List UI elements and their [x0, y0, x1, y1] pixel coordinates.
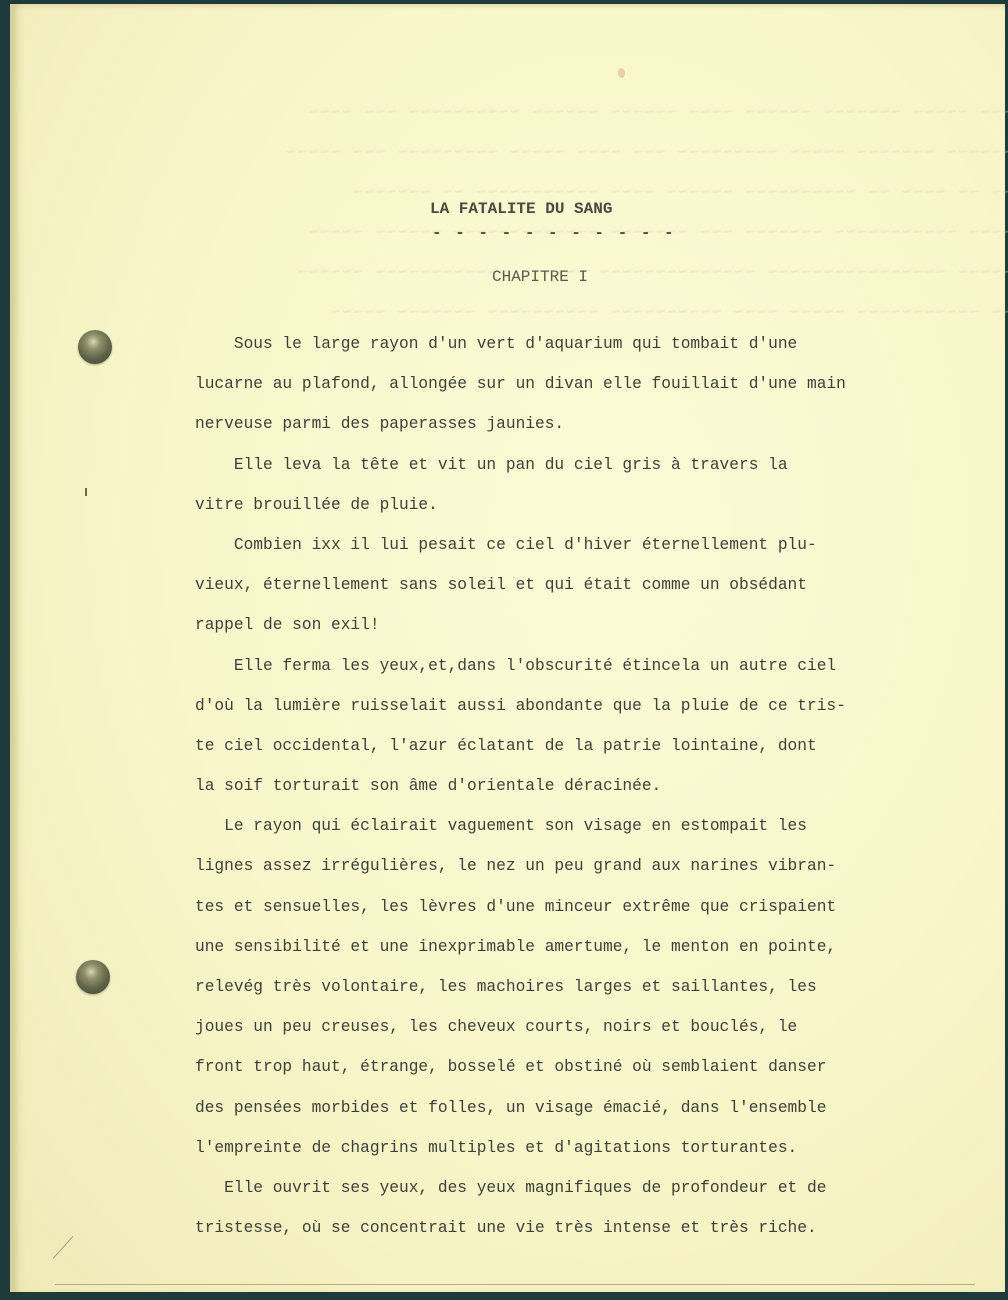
text-line: Combien ixx il lui pesait ce ciel d'hive…: [195, 525, 985, 565]
text-line: d'où la lumière ruisselait aussi abondan…: [195, 686, 985, 726]
text-line: Elle ouvrit ses yeux, des yeux magnifiqu…: [195, 1168, 985, 1208]
text-line: des pensées morbides et folles, un visag…: [195, 1088, 985, 1128]
text-line: la soif torturait son âme d'orientale dé…: [195, 766, 985, 806]
binding-rivet-bottom: [76, 960, 110, 994]
text-line: Elle ferma les yeux,et,dans l'obscurité …: [195, 646, 985, 686]
title-underline: - - - - - - - - - - -: [432, 224, 676, 242]
text-line: une sensibilité et une inexprimable amer…: [195, 927, 985, 967]
margin-mark: [85, 488, 87, 496]
text-line: Le rayon qui éclairait vaguement son vis…: [195, 806, 985, 846]
text-line: tristesse, où se concentrait une vie trè…: [195, 1208, 985, 1248]
text-line: l'empreinte de chagrins multiples et d'a…: [195, 1128, 985, 1168]
text-line: front trop haut, étrange, bosselé et obs…: [195, 1047, 985, 1087]
page-edge-line: [55, 1284, 975, 1285]
body-text: Sous le large rayon d'un vert d'aquarium…: [195, 324, 985, 1248]
document-title: LA FATALITE DU SANG: [430, 200, 612, 218]
text-line: relevég très volontaire, les machoires l…: [195, 967, 985, 1007]
text-line: Sous le large rayon d'un vert d'aquarium…: [195, 324, 985, 364]
text-line: vieux, éternellement sans soleil et qui …: [195, 565, 985, 605]
text-line: joues un peu creuses, les cheveux courts…: [195, 1007, 985, 1047]
binding-rivet-top: [78, 330, 112, 364]
text-line: rappel de son exil!: [195, 605, 985, 645]
text-line: nerveuse parmi des paperasses jaunies.: [195, 404, 985, 444]
paper-stain: [618, 68, 625, 78]
text-line: lignes assez irrégulières, le nez un peu…: [195, 846, 985, 886]
text-line: te ciel occidental, l'azur éclatant de l…: [195, 726, 985, 766]
text-line: tes et sensuelles, les lèvres d'une minc…: [195, 887, 985, 927]
text-line: Elle leva la tête et vit un pan du ciel …: [195, 445, 985, 485]
chapter-heading: CHAPITRE I: [492, 268, 588, 286]
text-line: lucarne au plafond, allongée sur un diva…: [195, 364, 985, 404]
text-line: vitre brouillée de pluie.: [195, 485, 985, 525]
